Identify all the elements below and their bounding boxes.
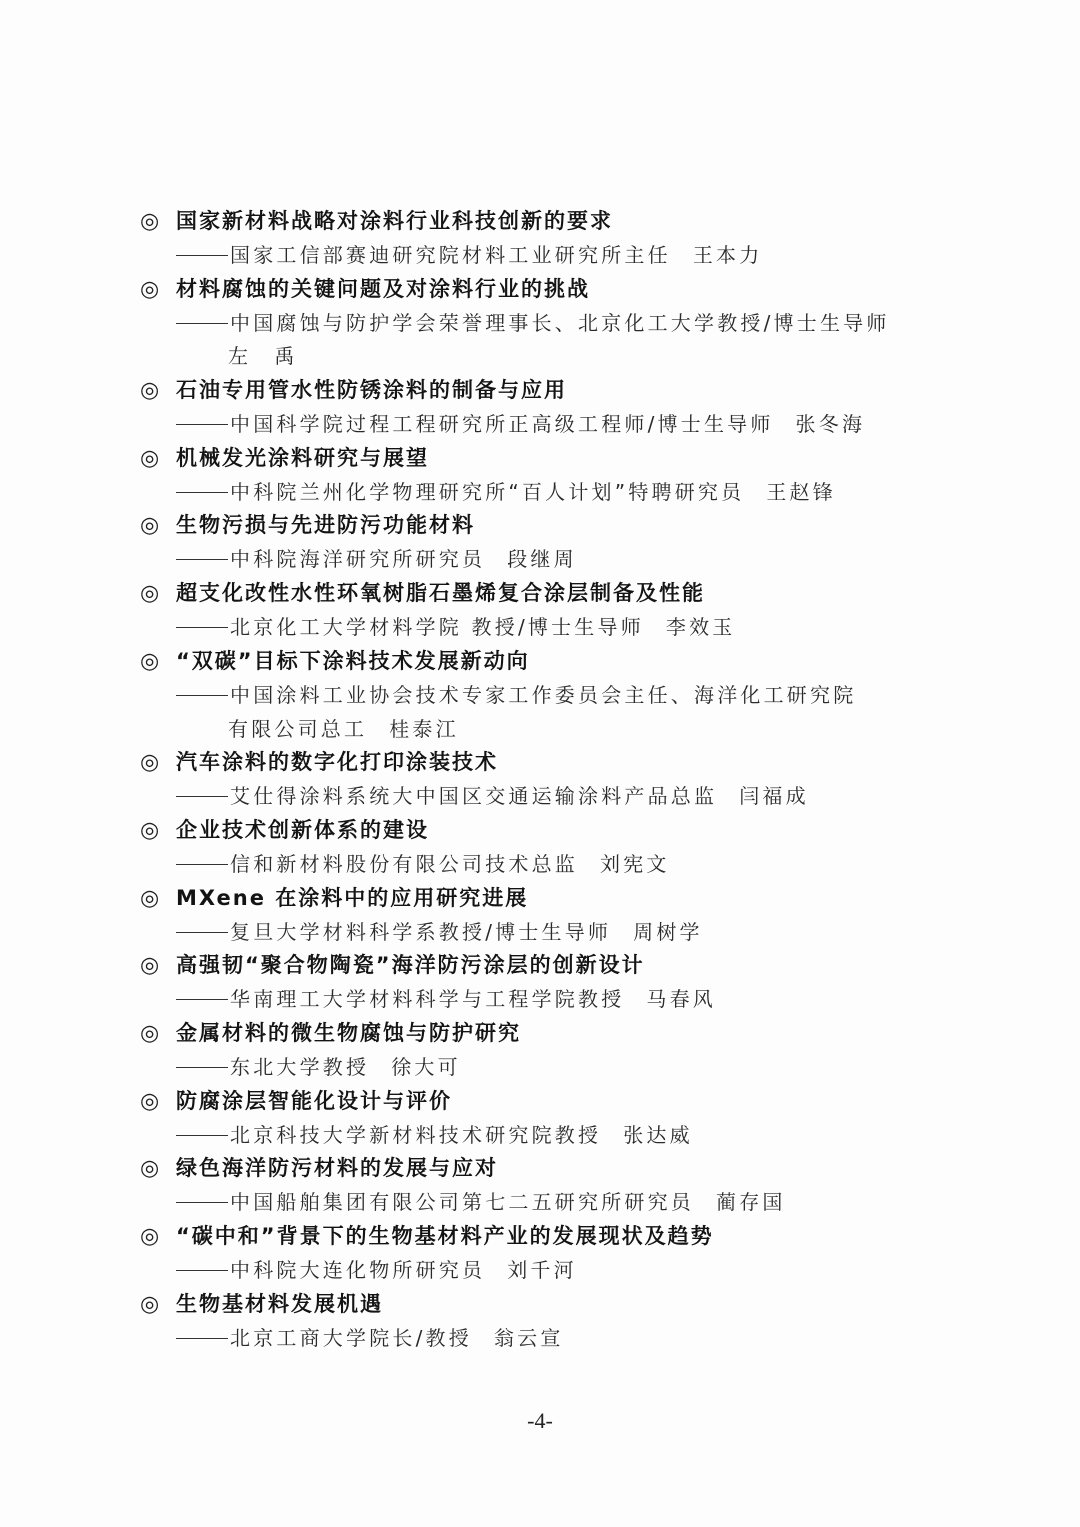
agenda-list: ◎国家新材料战略对涂料行业科技创新的要求 国家工信部赛迪研究院材料工业研究所主任… — [140, 204, 960, 1354]
affiliation: 中国科学院过程工程研究所正高级工程师/博士生导师 — [230, 412, 774, 436]
speaker-name: 张冬海 — [796, 412, 866, 436]
document-page: ◎国家新材料战略对涂料行业科技创新的要求 国家工信部赛迪研究院材料工业研究所主任… — [0, 0, 1080, 1527]
affiliation: 北京科技大学新材料技术研究院教授 — [230, 1123, 601, 1147]
speaker-name: 闫福成 — [739, 784, 809, 808]
em-dash — [176, 864, 228, 865]
speaker-line: 中国科学院过程工程研究所正高级工程师/博士生导师张冬海 — [140, 407, 960, 441]
double-circle-bullet-icon: ◎ — [140, 1288, 176, 1322]
agenda-item: ◎金属材料的微生物腐蚀与防护研究 东北大学教授徐大可 — [140, 1016, 960, 1084]
agenda-item: ◎材料腐蚀的关键问题及对涂料行业的挑战 中国腐蚀与防护学会荣誉理事长、北京化工大… — [140, 272, 960, 373]
speaker-name: 刘千河 — [507, 1258, 577, 1282]
affiliation: 艾仕得涂料系统大中国区交通运输涂料产品总监 — [230, 784, 717, 808]
speaker-name: 翁云宣 — [494, 1326, 564, 1350]
em-dash — [176, 559, 228, 560]
talk-title: ◎超支化改性水性环氧树脂石墨烯复合涂层制备及性能 — [140, 576, 960, 610]
double-circle-bullet-icon: ◎ — [140, 442, 176, 476]
double-circle-bullet-icon: ◎ — [140, 645, 176, 679]
talk-title: ◎高强韧“聚合物陶瓷”海洋防污涂层的创新设计 — [140, 948, 960, 982]
em-dash — [176, 255, 228, 256]
double-circle-bullet-icon: ◎ — [140, 1017, 176, 1051]
talk-title: ◎汽车涂料的数字化打印涂装技术 — [140, 745, 960, 779]
speaker-name: 王本力 — [693, 243, 763, 267]
agenda-item: ◎生物污损与先进防污功能材料 中科院海洋研究所研究员段继周 — [140, 508, 960, 576]
speaker-line: 东北大学教授徐大可 — [140, 1050, 960, 1084]
talk-title: ◎“双碳”目标下涂料技术发展新动向 — [140, 644, 960, 678]
agenda-item: ◎“双碳”目标下涂料技术发展新动向 中国涂料工业协会技术专家工作委员会主任、海洋… — [140, 644, 960, 745]
talk-title: ◎MXene 在涂料中的应用研究进展 — [140, 881, 960, 915]
talk-title: ◎防腐涂层智能化设计与评价 — [140, 1084, 960, 1118]
speaker-line: 中国涂料工业协会技术专家工作委员会主任、海洋化工研究院 — [140, 678, 960, 712]
affiliation: 东北大学教授 — [230, 1055, 369, 1079]
speaker-line: 中国腐蚀与防护学会荣誉理事长、北京化工大学教授/博士生导师 — [140, 306, 960, 340]
double-circle-bullet-icon: ◎ — [140, 746, 176, 780]
speaker-name: 蔺存国 — [716, 1190, 786, 1214]
em-dash — [176, 1270, 228, 1271]
affiliation: 中国涂料工业协会技术专家工作委员会主任、海洋化工研究院 — [230, 683, 856, 707]
double-circle-bullet-icon: ◎ — [140, 1152, 176, 1186]
talk-title: ◎生物污损与先进防污功能材料 — [140, 508, 960, 542]
double-circle-bullet-icon: ◎ — [140, 949, 176, 983]
em-dash — [176, 796, 228, 797]
speaker-name: 左 禹 — [228, 344, 298, 368]
double-circle-bullet-icon: ◎ — [140, 205, 176, 239]
speaker-name: 王赵锋 — [766, 480, 836, 504]
talk-title: ◎金属材料的微生物腐蚀与防护研究 — [140, 1016, 960, 1050]
double-circle-bullet-icon: ◎ — [140, 882, 176, 916]
speaker-name: 张达威 — [623, 1123, 693, 1147]
affiliation: 华南理工大学材料科学与工程学院教授 — [230, 987, 624, 1011]
speaker-name: 段继周 — [507, 547, 577, 571]
affiliation: 信和新材料股份有限公司技术总监 — [230, 852, 578, 876]
talk-title: ◎材料腐蚀的关键问题及对涂料行业的挑战 — [140, 272, 960, 306]
double-circle-bullet-icon: ◎ — [140, 814, 176, 848]
speaker-name: 马春风 — [646, 987, 716, 1011]
em-dash — [176, 932, 228, 933]
speaker-line-continued: 左 禹 — [140, 339, 960, 373]
speaker-line: 信和新材料股份有限公司技术总监刘宪文 — [140, 847, 960, 881]
talk-title: ◎生物基材料发展机遇 — [140, 1287, 960, 1321]
affiliation: 北京化工大学材料学院 教授/博士生导师 — [230, 615, 644, 639]
speaker-line: 北京工商大学院长/教授翁云宣 — [140, 1321, 960, 1355]
speaker-line: 复旦大学材料科学系教授/博士生导师周树学 — [140, 915, 960, 949]
affiliation: 中国船舶集团有限公司第七二五研究所研究员 — [230, 1190, 694, 1214]
double-circle-bullet-icon: ◎ — [140, 1085, 176, 1119]
agenda-item: ◎“碳中和”背景下的生物基材料产业的发展现状及趋势 中科院大连化物所研究员刘千河 — [140, 1219, 960, 1287]
double-circle-bullet-icon: ◎ — [140, 273, 176, 307]
affiliation: 北京工商大学院长/教授 — [230, 1326, 472, 1350]
em-dash — [176, 695, 228, 696]
affiliation: 国家工信部赛迪研究院材料工业研究所主任 — [230, 243, 671, 267]
speaker-line: 中国船舶集团有限公司第七二五研究所研究员蔺存国 — [140, 1185, 960, 1219]
em-dash — [176, 1202, 228, 1203]
speaker-name: 李效玉 — [666, 615, 736, 639]
speaker-name: 徐大可 — [391, 1055, 461, 1079]
agenda-item: ◎汽车涂料的数字化打印涂装技术 艾仕得涂料系统大中国区交通运输涂料产品总监闫福成 — [140, 745, 960, 813]
double-circle-bullet-icon: ◎ — [140, 577, 176, 611]
affiliation: 中科院大连化物所研究员 — [230, 1258, 485, 1282]
talk-title: ◎国家新材料战略对涂料行业科技创新的要求 — [140, 204, 960, 238]
agenda-item: ◎企业技术创新体系的建设 信和新材料股份有限公司技术总监刘宪文 — [140, 813, 960, 881]
affiliation: 中国腐蚀与防护学会荣誉理事长、北京化工大学教授/博士生导师 — [230, 311, 890, 335]
agenda-item: ◎MXene 在涂料中的应用研究进展 复旦大学材料科学系教授/博士生导师周树学 — [140, 881, 960, 949]
agenda-item: ◎石油专用管水性防锈涂料的制备与应用 中国科学院过程工程研究所正高级工程师/博士… — [140, 373, 960, 441]
speaker-line: 中科院兰州化学物理研究所“百人计划”特聘研究员王赵锋 — [140, 475, 960, 509]
talk-title: ◎机械发光涂料研究与展望 — [140, 441, 960, 475]
double-circle-bullet-icon: ◎ — [140, 509, 176, 543]
affiliation: 中科院海洋研究所研究员 — [230, 547, 485, 571]
page-number: -4- — [0, 1408, 1080, 1434]
em-dash — [176, 1067, 228, 1068]
agenda-item: ◎国家新材料战略对涂料行业科技创新的要求 国家工信部赛迪研究院材料工业研究所主任… — [140, 204, 960, 272]
agenda-item: ◎超支化改性水性环氧树脂石墨烯复合涂层制备及性能 北京化工大学材料学院 教授/博… — [140, 576, 960, 644]
agenda-item: ◎机械发光涂料研究与展望 中科院兰州化学物理研究所“百人计划”特聘研究员王赵锋 — [140, 441, 960, 509]
double-circle-bullet-icon: ◎ — [140, 374, 176, 408]
speaker-line-continued: 有限公司总工桂泰江 — [140, 712, 960, 746]
speaker-name: 刘宪文 — [600, 852, 670, 876]
agenda-item: ◎防腐涂层智能化设计与评价 北京科技大学新材料技术研究院教授张达威 — [140, 1084, 960, 1152]
em-dash — [176, 323, 228, 324]
speaker-line: 国家工信部赛迪研究院材料工业研究所主任王本力 — [140, 238, 960, 272]
speaker-line: 艾仕得涂料系统大中国区交通运输涂料产品总监闫福成 — [140, 779, 960, 813]
em-dash — [176, 492, 228, 493]
speaker-line: 中科院大连化物所研究员刘千河 — [140, 1253, 960, 1287]
agenda-item: ◎生物基材料发展机遇 北京工商大学院长/教授翁云宣 — [140, 1287, 960, 1355]
talk-title: ◎“碳中和”背景下的生物基材料产业的发展现状及趋势 — [140, 1219, 960, 1253]
talk-title: ◎企业技术创新体系的建设 — [140, 813, 960, 847]
speaker-line: 华南理工大学材料科学与工程学院教授马春风 — [140, 982, 960, 1016]
agenda-item: ◎高强韧“聚合物陶瓷”海洋防污涂层的创新设计 华南理工大学材料科学与工程学院教授… — [140, 948, 960, 1016]
affiliation-continued: 有限公司总工 — [228, 717, 367, 741]
speaker-line: 中科院海洋研究所研究员段继周 — [140, 542, 960, 576]
speaker-line: 北京化工大学材料学院 教授/博士生导师李效玉 — [140, 610, 960, 644]
double-circle-bullet-icon: ◎ — [140, 1220, 176, 1254]
em-dash — [176, 1135, 228, 1136]
em-dash — [176, 627, 228, 628]
speaker-line: 北京科技大学新材料技术研究院教授张达威 — [140, 1118, 960, 1152]
em-dash — [176, 1338, 228, 1339]
em-dash — [176, 424, 228, 425]
talk-title: ◎绿色海洋防污材料的发展与应对 — [140, 1151, 960, 1185]
affiliation: 中科院兰州化学物理研究所“百人计划”特聘研究员 — [230, 480, 744, 504]
talk-title: ◎石油专用管水性防锈涂料的制备与应用 — [140, 373, 960, 407]
speaker-name: 桂泰江 — [389, 717, 459, 741]
speaker-name: 周树学 — [633, 920, 703, 944]
agenda-item: ◎绿色海洋防污材料的发展与应对 中国船舶集团有限公司第七二五研究所研究员蔺存国 — [140, 1151, 960, 1219]
affiliation: 复旦大学材料科学系教授/博士生导师 — [230, 920, 611, 944]
em-dash — [176, 999, 228, 1000]
